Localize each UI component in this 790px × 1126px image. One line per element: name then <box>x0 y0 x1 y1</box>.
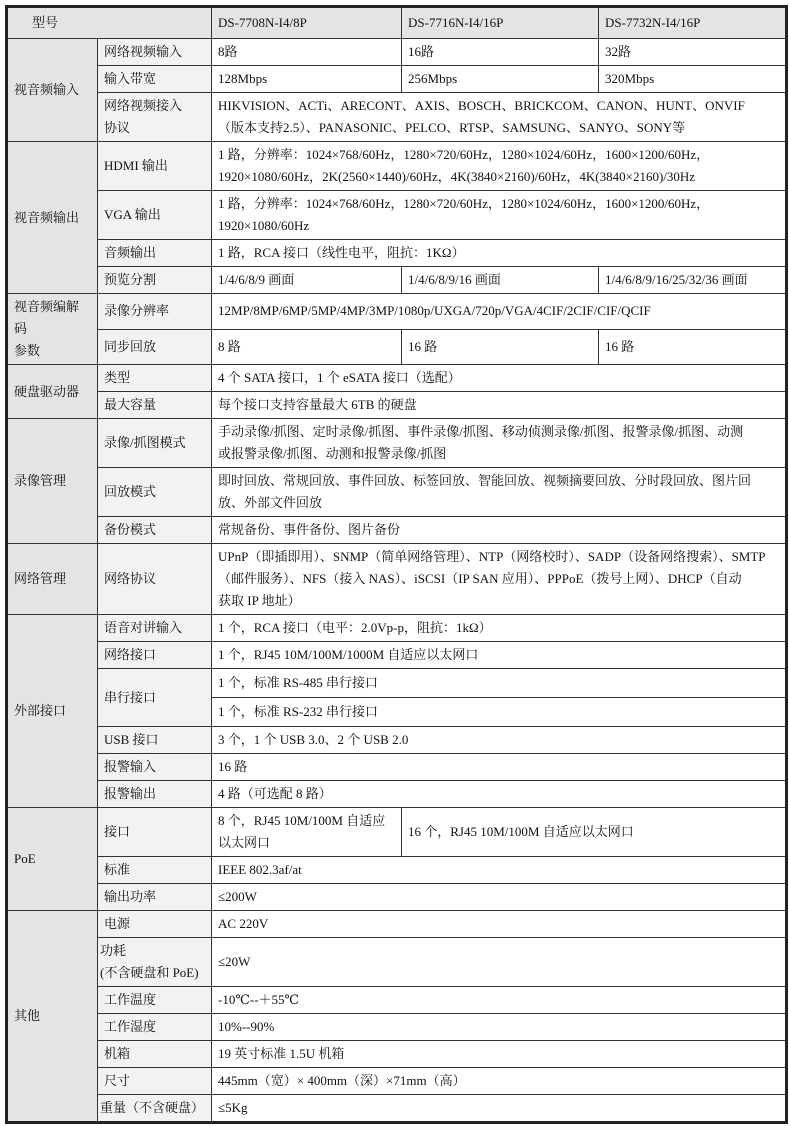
header-row: 型号 DS-7708N-I4/8P DS-7716N-I4/16P DS-773… <box>7 7 787 39</box>
cell-value: ≤5Kg <box>212 1095 787 1123</box>
row-label: 录像/抓图模式 <box>98 419 212 468</box>
table-row: 预览分割 1/4/6/8/9 画面 1/4/6/8/9/16 画面 1/4/6/… <box>7 267 787 294</box>
cell-value: 1/4/6/8/9/16/25/32/36 画面 <box>599 267 787 294</box>
cell-value: UPnP（即插即用）、SNMP（简单网络管理）、NTP（网络校时）、SADP（设… <box>212 544 787 615</box>
cell-value: 128Mbps <box>212 66 402 93</box>
row-label: 电源 <box>98 911 212 938</box>
table-row: 报警输出 4 路（可选配 8 路） <box>7 781 787 808</box>
label-line: 协议 <box>104 117 205 139</box>
value-line: UPnP（即插即用）、SNMP（简单网络管理）、NTP（网络校时）、SADP（设… <box>218 546 779 568</box>
table-row: 网络管理 网络协议 UPnP（即插即用）、SNMP（简单网络管理）、NTP（网络… <box>7 544 787 615</box>
cell-value: 16 路 <box>402 329 599 365</box>
cell-value: 19 英寸标准 1.5U 机箱 <box>212 1041 787 1068</box>
table-row: 硬盘驱动器 类型 4 个 SATA 接口，1 个 eSATA 接口（选配） <box>7 365 787 392</box>
table-row: 输入带宽 128Mbps 256Mbps 320Mbps <box>7 66 787 93</box>
row-label: HDMI 输出 <box>98 142 212 191</box>
value-line: 即时回放、常规回放、事件回放、标签回放、智能回放、视频摘要回放、分时段回放、图片… <box>218 470 779 492</box>
category-codec: 视音频编解码参数 <box>7 294 98 365</box>
model-label: 型号 <box>7 7 212 39</box>
cell-value: AC 220V <box>212 911 787 938</box>
value-line: 8 个，RJ45 10M/100M 自适应 <box>218 810 395 832</box>
spec-table: 型号 DS-7708N-I4/8P DS-7716N-I4/16P DS-773… <box>5 5 788 1124</box>
cell-value: 常规备份、事件备份、图片备份 <box>212 517 787 544</box>
row-label: 工作温度 <box>98 987 212 1014</box>
value-line: 放、外部文件回放 <box>218 492 779 514</box>
cell-value: 4 个 SATA 接口，1 个 eSATA 接口（选配） <box>212 365 787 392</box>
table-row: 工作温度 -10℃--＋55℃ <box>7 987 787 1014</box>
row-label: 标准 <box>98 857 212 884</box>
row-label: 最大容量 <box>98 392 212 419</box>
table-row: 网络视频接入协议 HIKVISION、ACTi、ARECONT、AXIS、BOS… <box>7 93 787 142</box>
label-line: (不含硬盘和 PoE) <box>100 962 209 984</box>
cell-value: 8 路 <box>212 329 402 365</box>
cell-value: 8路 <box>212 39 402 66</box>
table-row: USB 接口 3 个，1 个 USB 3.0、2 个 USB 2.0 <box>7 727 787 754</box>
value-line: （版本支持2.5）、PANASONIC、PELCO、RTSP、SAMSUNG、S… <box>218 117 779 139</box>
category-av-output: 视音频输出 <box>7 142 98 294</box>
table-row: 串行接口 1 个，标准 RS-485 串行接口 <box>7 669 787 698</box>
row-label: 预览分割 <box>98 267 212 294</box>
cell-value: 16路 <box>402 39 599 66</box>
table-row: VGA 输出 1 路，分辨率：1024×768/60Hz，1280×720/60… <box>7 191 787 240</box>
category-record-mgmt: 录像管理 <box>7 419 98 544</box>
table-row: 报警输入 16 路 <box>7 754 787 781</box>
table-row: 音频输出 1 路，RCA 接口（线性电平，阻抗：1KΩ） <box>7 240 787 267</box>
value-line: 1920×1080/60Hz <box>218 215 779 237</box>
category-hdd: 硬盘驱动器 <box>7 365 98 419</box>
cell-value: IEEE 802.3af/at <box>212 857 787 884</box>
table-row: 其他 电源 AC 220V <box>7 911 787 938</box>
row-label: 报警输入 <box>98 754 212 781</box>
table-row: 功耗(不含硬盘和 PoE) ≤20W <box>7 938 787 987</box>
cell-value: 1 路，分辨率：1024×768/60Hz，1280×720/60Hz，1280… <box>212 191 787 240</box>
table-row: 标准 IEEE 802.3af/at <box>7 857 787 884</box>
table-row: 重量（不含硬盘） ≤5Kg <box>7 1095 787 1123</box>
value-line: （邮件服务）、NFS（接入 NAS）、iSCSI（IP SAN 应用）、PPPo… <box>218 568 779 590</box>
row-label: 输出功率 <box>98 884 212 911</box>
value-line: HIKVISION、ACTi、ARECONT、AXIS、BOSCH、BRICKC… <box>218 95 779 117</box>
row-label: 机箱 <box>98 1041 212 1068</box>
row-label: 同步回放 <box>98 329 212 365</box>
cell-value: 4 路（可选配 8 路） <box>212 781 787 808</box>
row-label: 语音对讲输入 <box>98 615 212 642</box>
category-network-mgmt: 网络管理 <box>7 544 98 615</box>
value-line: 获取 IP 地址） <box>218 590 779 612</box>
cell-value: 1 个，RJ45 10M/100M/1000M 自适应以太网口 <box>212 642 787 669</box>
cell-value: 即时回放、常规回放、事件回放、标签回放、智能回放、视频摘要回放、分时段回放、图片… <box>212 468 787 517</box>
cell-value: 16 个，RJ45 10M/100M 自适应以太网口 <box>402 808 787 857</box>
cell-value: 1 路，分辨率：1024×768/60Hz，1280×720/60Hz，1280… <box>212 142 787 191</box>
cell-value: 320Mbps <box>599 66 787 93</box>
table-row: 工作湿度 10%--90% <box>7 1014 787 1041</box>
table-row: 机箱 19 英寸标准 1.5U 机箱 <box>7 1041 787 1068</box>
cell-value: 445mm（宽）× 400mm（深）×71mm（高） <box>212 1068 787 1095</box>
cell-value: 12MP/8MP/6MP/5MP/4MP/3MP/1080p/UXGA/720p… <box>212 294 787 330</box>
row-label: 备份模式 <box>98 517 212 544</box>
label-line: 参数 <box>14 340 91 362</box>
row-label: 工作湿度 <box>98 1014 212 1041</box>
row-label: 尺寸 <box>98 1068 212 1095</box>
cell-value: 每个接口支持容量最大 6TB 的硬盘 <box>212 392 787 419</box>
table-row: 录像管理 录像/抓图模式 手动录像/抓图、定时录像/抓图、事件录像/抓图、移动侦… <box>7 419 787 468</box>
row-label: 输入带宽 <box>98 66 212 93</box>
cell-value: 1 个，标准 RS-232 串行接口 <box>212 698 787 727</box>
cell-value: 10%--90% <box>212 1014 787 1041</box>
table-row: 外部接口 语音对讲输入 1 个，RCA 接口（电平：2.0Vp-p，阻抗：1kΩ… <box>7 615 787 642</box>
value-line: 手动录像/抓图、定时录像/抓图、事件录像/抓图、移动侦测录像/抓图、报警录像/抓… <box>218 421 779 443</box>
table-row: 视音频输入 网络视频输入 8路 16路 32路 <box>7 39 787 66</box>
category-poe: PoE <box>7 808 98 911</box>
row-label: 类型 <box>98 365 212 392</box>
row-label: 网络接口 <box>98 642 212 669</box>
cell-value: HIKVISION、ACTi、ARECONT、AXIS、BOSCH、BRICKC… <box>212 93 787 142</box>
cell-value: 1 个，标准 RS-485 串行接口 <box>212 669 787 698</box>
row-label: 重量（不含硬盘） <box>98 1095 212 1123</box>
model-3: DS-7732N-I4/16P <box>599 7 787 39</box>
category-external: 外部接口 <box>7 615 98 808</box>
row-label: 网络协议 <box>98 544 212 615</box>
value-line: 或报警录像/抓图、动测和报警录像/抓图 <box>218 443 779 465</box>
cell-value: 8 个，RJ45 10M/100M 自适应以太网口 <box>212 808 402 857</box>
table-row: 视音频输出 HDMI 输出 1 路，分辨率：1024×768/60Hz，1280… <box>7 142 787 191</box>
row-label: 功耗(不含硬盘和 PoE) <box>98 938 212 987</box>
row-label: USB 接口 <box>98 727 212 754</box>
model-2: DS-7716N-I4/16P <box>402 7 599 39</box>
label-line: 网络视频接入 <box>104 95 205 117</box>
table-row: 最大容量 每个接口支持容量最大 6TB 的硬盘 <box>7 392 787 419</box>
table-row: 回放模式 即时回放、常规回放、事件回放、标签回放、智能回放、视频摘要回放、分时段… <box>7 468 787 517</box>
value-line: 以太网口 <box>218 832 395 854</box>
row-label: 报警输出 <box>98 781 212 808</box>
cell-value: 手动录像/抓图、定时录像/抓图、事件录像/抓图、移动侦测录像/抓图、报警录像/抓… <box>212 419 787 468</box>
table-row: 输出功率 ≤200W <box>7 884 787 911</box>
cell-value: 1/4/6/8/9 画面 <box>212 267 402 294</box>
table-row: 尺寸 445mm（宽）× 400mm（深）×71mm（高） <box>7 1068 787 1095</box>
value-line: 1 路，分辨率：1024×768/60Hz，1280×720/60Hz，1280… <box>218 193 779 215</box>
category-other: 其他 <box>7 911 98 1123</box>
cell-value: 32路 <box>599 39 787 66</box>
cell-value: 1/4/6/8/9/16 画面 <box>402 267 599 294</box>
row-label: 录像分辨率 <box>98 294 212 330</box>
row-label: 回放模式 <box>98 468 212 517</box>
row-label: 音频输出 <box>98 240 212 267</box>
label-line: 功耗 <box>100 940 209 962</box>
row-label: VGA 输出 <box>98 191 212 240</box>
cell-value: ≤20W <box>212 938 787 987</box>
table-row: 备份模式 常规备份、事件备份、图片备份 <box>7 517 787 544</box>
cell-value: 3 个，1 个 USB 3.0、2 个 USB 2.0 <box>212 727 787 754</box>
cell-value: 256Mbps <box>402 66 599 93</box>
label-line: 视音频编解码 <box>14 296 91 340</box>
value-line: 1 路，分辨率：1024×768/60Hz，1280×720/60Hz，1280… <box>218 144 779 166</box>
cell-value: 1 路，RCA 接口（线性电平，阻抗：1KΩ） <box>212 240 787 267</box>
table-row: PoE 接口 8 个，RJ45 10M/100M 自适应以太网口 16 个，RJ… <box>7 808 787 857</box>
cell-value: -10℃--＋55℃ <box>212 987 787 1014</box>
table-row: 视音频编解码参数 录像分辨率 12MP/8MP/6MP/5MP/4MP/3MP/… <box>7 294 787 330</box>
category-av-input: 视音频输入 <box>7 39 98 142</box>
table-row: 同步回放 8 路 16 路 16 路 <box>7 329 787 365</box>
row-label: 网络视频接入协议 <box>98 93 212 142</box>
cell-value: 1 个，RCA 接口（电平：2.0Vp-p，阻抗：1kΩ） <box>212 615 787 642</box>
row-label: 串行接口 <box>98 669 212 727</box>
value-line: 1920×1080/60Hz，2K(2560×1440)/60Hz，4K(384… <box>218 166 779 188</box>
cell-value: ≤200W <box>212 884 787 911</box>
cell-value: 16 路 <box>599 329 787 365</box>
table-row: 网络接口 1 个，RJ45 10M/100M/1000M 自适应以太网口 <box>7 642 787 669</box>
model-1: DS-7708N-I4/8P <box>212 7 402 39</box>
row-label: 网络视频输入 <box>98 39 212 66</box>
row-label: 接口 <box>98 808 212 857</box>
cell-value: 16 路 <box>212 754 787 781</box>
